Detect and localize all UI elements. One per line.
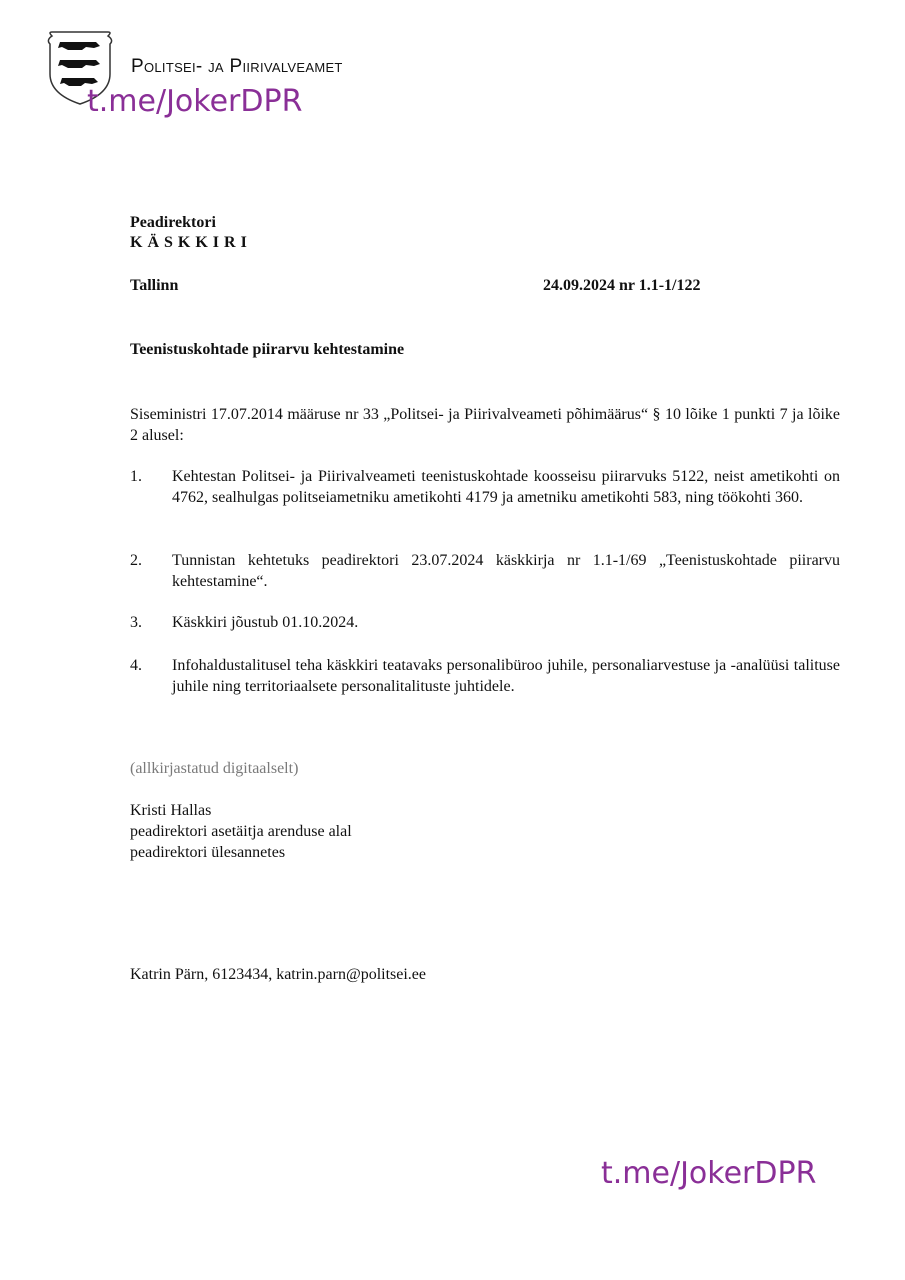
list-item-number: 4.: [130, 655, 172, 697]
list-item-text: Infohaldustalitusel teha käskkiri teatav…: [172, 655, 840, 697]
place: Tallinn: [130, 277, 178, 295]
issuer-label: Peadirektori: [130, 214, 216, 232]
list-item-text: Käskkiri jõustub 01.10.2024.: [172, 612, 840, 633]
agency-name: Politsei- ja Piirivalveamet: [131, 56, 343, 78]
date-and-number: 24.09.2024 nr 1.1-1/122: [543, 277, 700, 295]
list-item-number: 2.: [130, 550, 172, 592]
list-item-number: 1.: [130, 466, 172, 508]
watermark-bottom: t.me/JokerDPR: [601, 1156, 816, 1191]
list-item: 4. Infohaldustalitusel teha käskkiri tea…: [130, 655, 840, 697]
digital-signature-note: (allkirjastatud digitaalselt): [130, 760, 298, 778]
signatory-name: Kristi Hallas: [130, 800, 352, 821]
list-item: 1. Kehtestan Politsei- ja Piirivalveamet…: [130, 466, 840, 508]
legal-basis-paragraph: Siseministri 17.07.2014 määruse nr 33 „P…: [130, 404, 840, 446]
contact-line: Katrin Pärn, 6123434, katrin.parn@polits…: [130, 966, 426, 984]
list-item: 2. Tunnistan kehtetuks peadirektori 23.0…: [130, 550, 840, 592]
list-item-text: Kehtestan Politsei- ja Piirivalveameti t…: [172, 466, 840, 508]
document-subject: Teenistuskohtade piirarvu kehtestamine: [130, 341, 404, 359]
signatory-role: peadirektori ülesannetes: [130, 842, 352, 863]
list-item-text: Tunnistan kehtetuks peadirektori 23.07.2…: [172, 550, 840, 592]
list-item-number: 3.: [130, 612, 172, 633]
signatory-title: peadirektori asetäitja arenduse alal: [130, 821, 352, 842]
document-type: KÄSKKIRI: [130, 234, 252, 252]
signature-block: Kristi Hallas peadirektori asetäitja are…: [130, 800, 352, 863]
watermark-top: t.me/JokerDPR: [87, 84, 302, 119]
list-item: 3. Käskkiri jõustub 01.10.2024.: [130, 612, 840, 633]
